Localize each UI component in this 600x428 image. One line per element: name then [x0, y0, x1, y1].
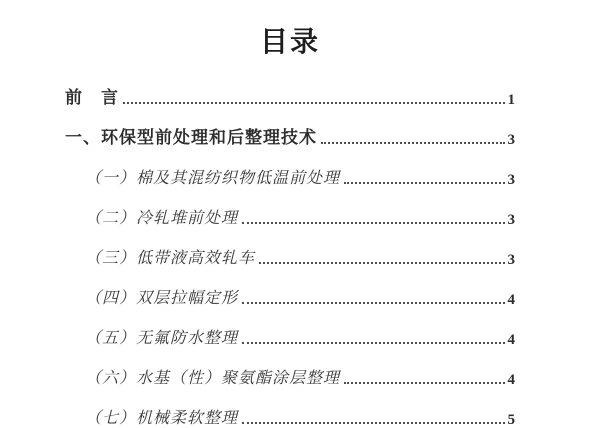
dot-leader	[259, 262, 504, 264]
toc-entry-section-1[interactable]: （一）棉及其混纺织物低温前处理 3	[65, 148, 515, 188]
toc-entry-section-4[interactable]: （四）双层拉幅定形 4	[65, 268, 515, 308]
dot-leader	[242, 302, 504, 304]
toc-page-number: 3	[508, 252, 516, 269]
toc-entry-chapter-1[interactable]: 一、环保型前处理和后整理技术 3	[65, 108, 515, 148]
toc-entry-label: （二）冷轧堆前处理	[85, 210, 238, 228]
table-of-contents: 前 言 1 一、环保型前处理和后整理技术 3 （一）棉及其混纺织物低温前处理 3…	[65, 68, 515, 400]
toc-entry-section-6[interactable]: （六）水基（性）聚氨酯涂层整理 4	[65, 348, 515, 388]
dot-leader	[344, 382, 504, 384]
toc-page: 目录 前 言 1 一、环保型前处理和后整理技术 3 （一）棉及其混纺织物低温前处…	[65, 20, 515, 400]
dot-leader	[242, 222, 504, 224]
toc-page-number: 4	[508, 332, 516, 349]
page-title: 目录	[65, 20, 515, 60]
toc-page-number: 3	[508, 212, 516, 229]
dot-leader	[242, 342, 504, 344]
toc-page-number: 1	[508, 92, 516, 109]
toc-entry-section-7[interactable]: （七）机械柔软整理 5	[65, 388, 515, 400]
toc-page-number: 4	[508, 372, 516, 389]
toc-page-number: 3	[508, 132, 516, 149]
toc-entry-label: 前 言	[65, 89, 119, 108]
toc-entry-label: （五）无氟防水整理	[85, 330, 238, 348]
toc-entry-preface[interactable]: 前 言 1	[65, 68, 515, 108]
toc-entry-label: 一、环保型前处理和后整理技术	[65, 129, 317, 148]
toc-entry-label: （六）水基（性）聚氨酯涂层整理	[85, 370, 340, 388]
toc-entry-section-2[interactable]: （二）冷轧堆前处理 3	[65, 188, 515, 228]
toc-entry-label: （一）棉及其混纺织物低温前处理	[85, 170, 340, 188]
toc-entry-section-3[interactable]: （三）低带液高效轧车 3	[65, 228, 515, 268]
toc-page-number: 3	[508, 172, 516, 189]
dot-leader	[344, 182, 504, 184]
dot-leader	[321, 142, 505, 144]
toc-entry-section-5[interactable]: （五）无氟防水整理 4	[65, 308, 515, 348]
dot-leader	[123, 102, 505, 104]
toc-entry-label: （三）低带液高效轧车	[85, 250, 255, 268]
toc-page-number: 4	[508, 292, 516, 309]
toc-entry-label: （四）双层拉幅定形	[85, 290, 238, 308]
